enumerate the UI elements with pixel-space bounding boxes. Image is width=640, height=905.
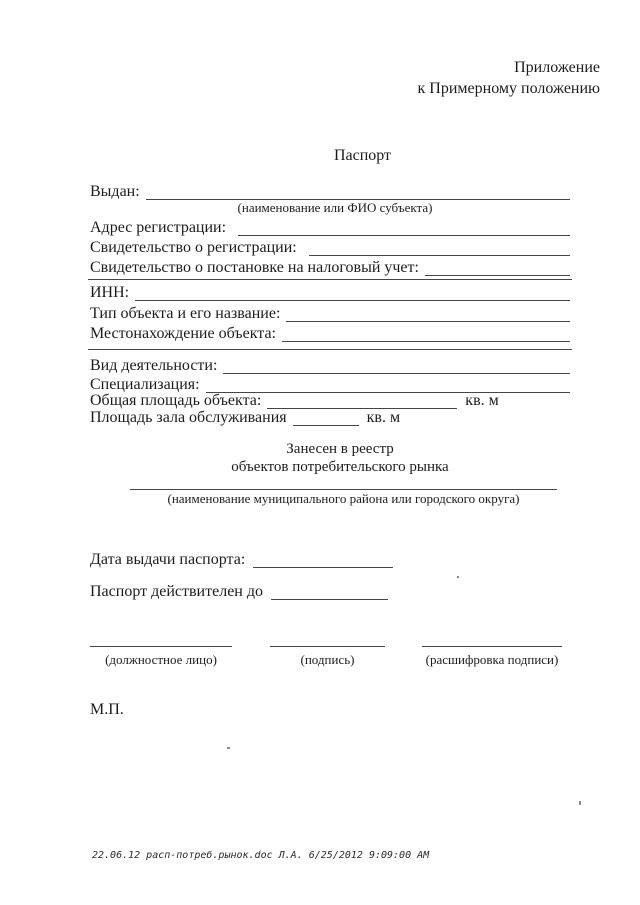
field-issue-date: Дата выдачи паспорта: [90,551,480,568]
field-location-blank-line [282,325,570,342]
signature-hint: (подпись) [270,652,385,668]
field-service-area-blank-line [293,409,359,426]
field-service-area-label: Площадь зала обслуживания [90,409,287,426]
signature-decode-line [422,646,562,647]
field-specialization-label: Специализация: [90,376,200,393]
registry-statement-line2: объектов потребительского рынка [90,458,590,476]
annex-note: Приложение к Примерному положению [418,57,600,99]
field-reg-cert-blank-line [309,239,570,256]
field-issue-date-label: Дата выдачи паспорта: [90,551,245,568]
municipality-blank-line [130,489,557,490]
tax-cert-continuation-line [88,279,572,280]
location-continuation-line [88,349,572,350]
field-reg-cert-label: Свидетельство о регистрации: [90,239,297,256]
field-inn-blank-line [135,284,570,301]
field-total-area-blank-line [267,392,457,409]
field-issue-date-blank-line [253,551,393,568]
stamp-place-label: М.П. [90,701,124,719]
field-tax-cert: Свидетельство о постановке на налоговый … [90,259,570,276]
field-activity-label: Вид деятельности: [90,357,217,374]
document-footer: 22.06.12 расп-потреб.рынок.doc Л.А. 6/25… [92,850,429,861]
field-service-area: Площадь зала обслуживания кв. м [90,409,570,426]
registry-statement-line1: Занесен в реестр [90,440,590,458]
field-object-type-blank-line [286,305,570,322]
field-reg-cert: Свидетельство о регистрации: [90,239,570,256]
field-specialization-blank-line [206,376,570,393]
field-activity-blank-line [223,357,570,374]
scan-speck [227,747,230,749]
annex-note-line1: Приложение [418,57,600,78]
field-total-area: Общая площадь объекта: кв. м [90,392,570,409]
field-address-blank-line [238,219,570,236]
field-valid-until-blank-line [271,583,388,600]
scan-speck [579,801,581,805]
field-object-type: Тип объекта и его название: [90,305,570,322]
signature-decode-hint: (расшифровка подписи) [412,652,572,668]
official-signature-hint: (должностное лицо) [90,652,232,668]
field-valid-until: Паспорт действителен до [90,583,480,600]
field-service-area-unit: кв. м [367,409,400,426]
field-location-label: Местонахождение объекта: [90,325,276,342]
field-location: Местонахождение объекта: [90,325,570,342]
field-object-type-label: Тип объекта и его название: [90,305,280,322]
field-address-label: Адрес регистрации: [90,219,226,236]
field-tax-cert-label: Свидетельство о постановке на налоговый … [90,259,419,276]
field-inn-label: ИНН: [90,284,129,301]
field-activity: Вид деятельности: [90,357,570,374]
page-title: Паспорт [90,147,635,165]
field-tax-cert-blank-line [425,259,570,276]
signature-line [270,646,385,647]
field-address: Адрес регистрации: [90,219,570,236]
annex-note-line2: к Примерному положению [418,78,600,99]
field-issued-hint: (наименование или ФИО субъекта) [135,201,535,215]
field-total-area-unit: кв. м [465,392,498,409]
municipality-hint: (наименование муниципального района или … [130,492,557,506]
field-issued: Выдан: [90,183,570,200]
registry-statement: Занесен в реестр объектов потребительско… [90,440,590,476]
field-valid-until-label: Паспорт действителен до [90,583,263,600]
scanned-document-page: Приложение к Примерному положению Паспор… [0,0,640,905]
field-total-area-label: Общая площадь объекта: [90,392,261,409]
official-signature-line [90,646,232,647]
field-issued-label: Выдан: [90,183,140,200]
field-issued-blank-line [146,183,570,200]
field-inn: ИНН: [90,284,570,301]
field-specialization: Специализация: [90,376,570,393]
scan-speck [457,576,459,578]
